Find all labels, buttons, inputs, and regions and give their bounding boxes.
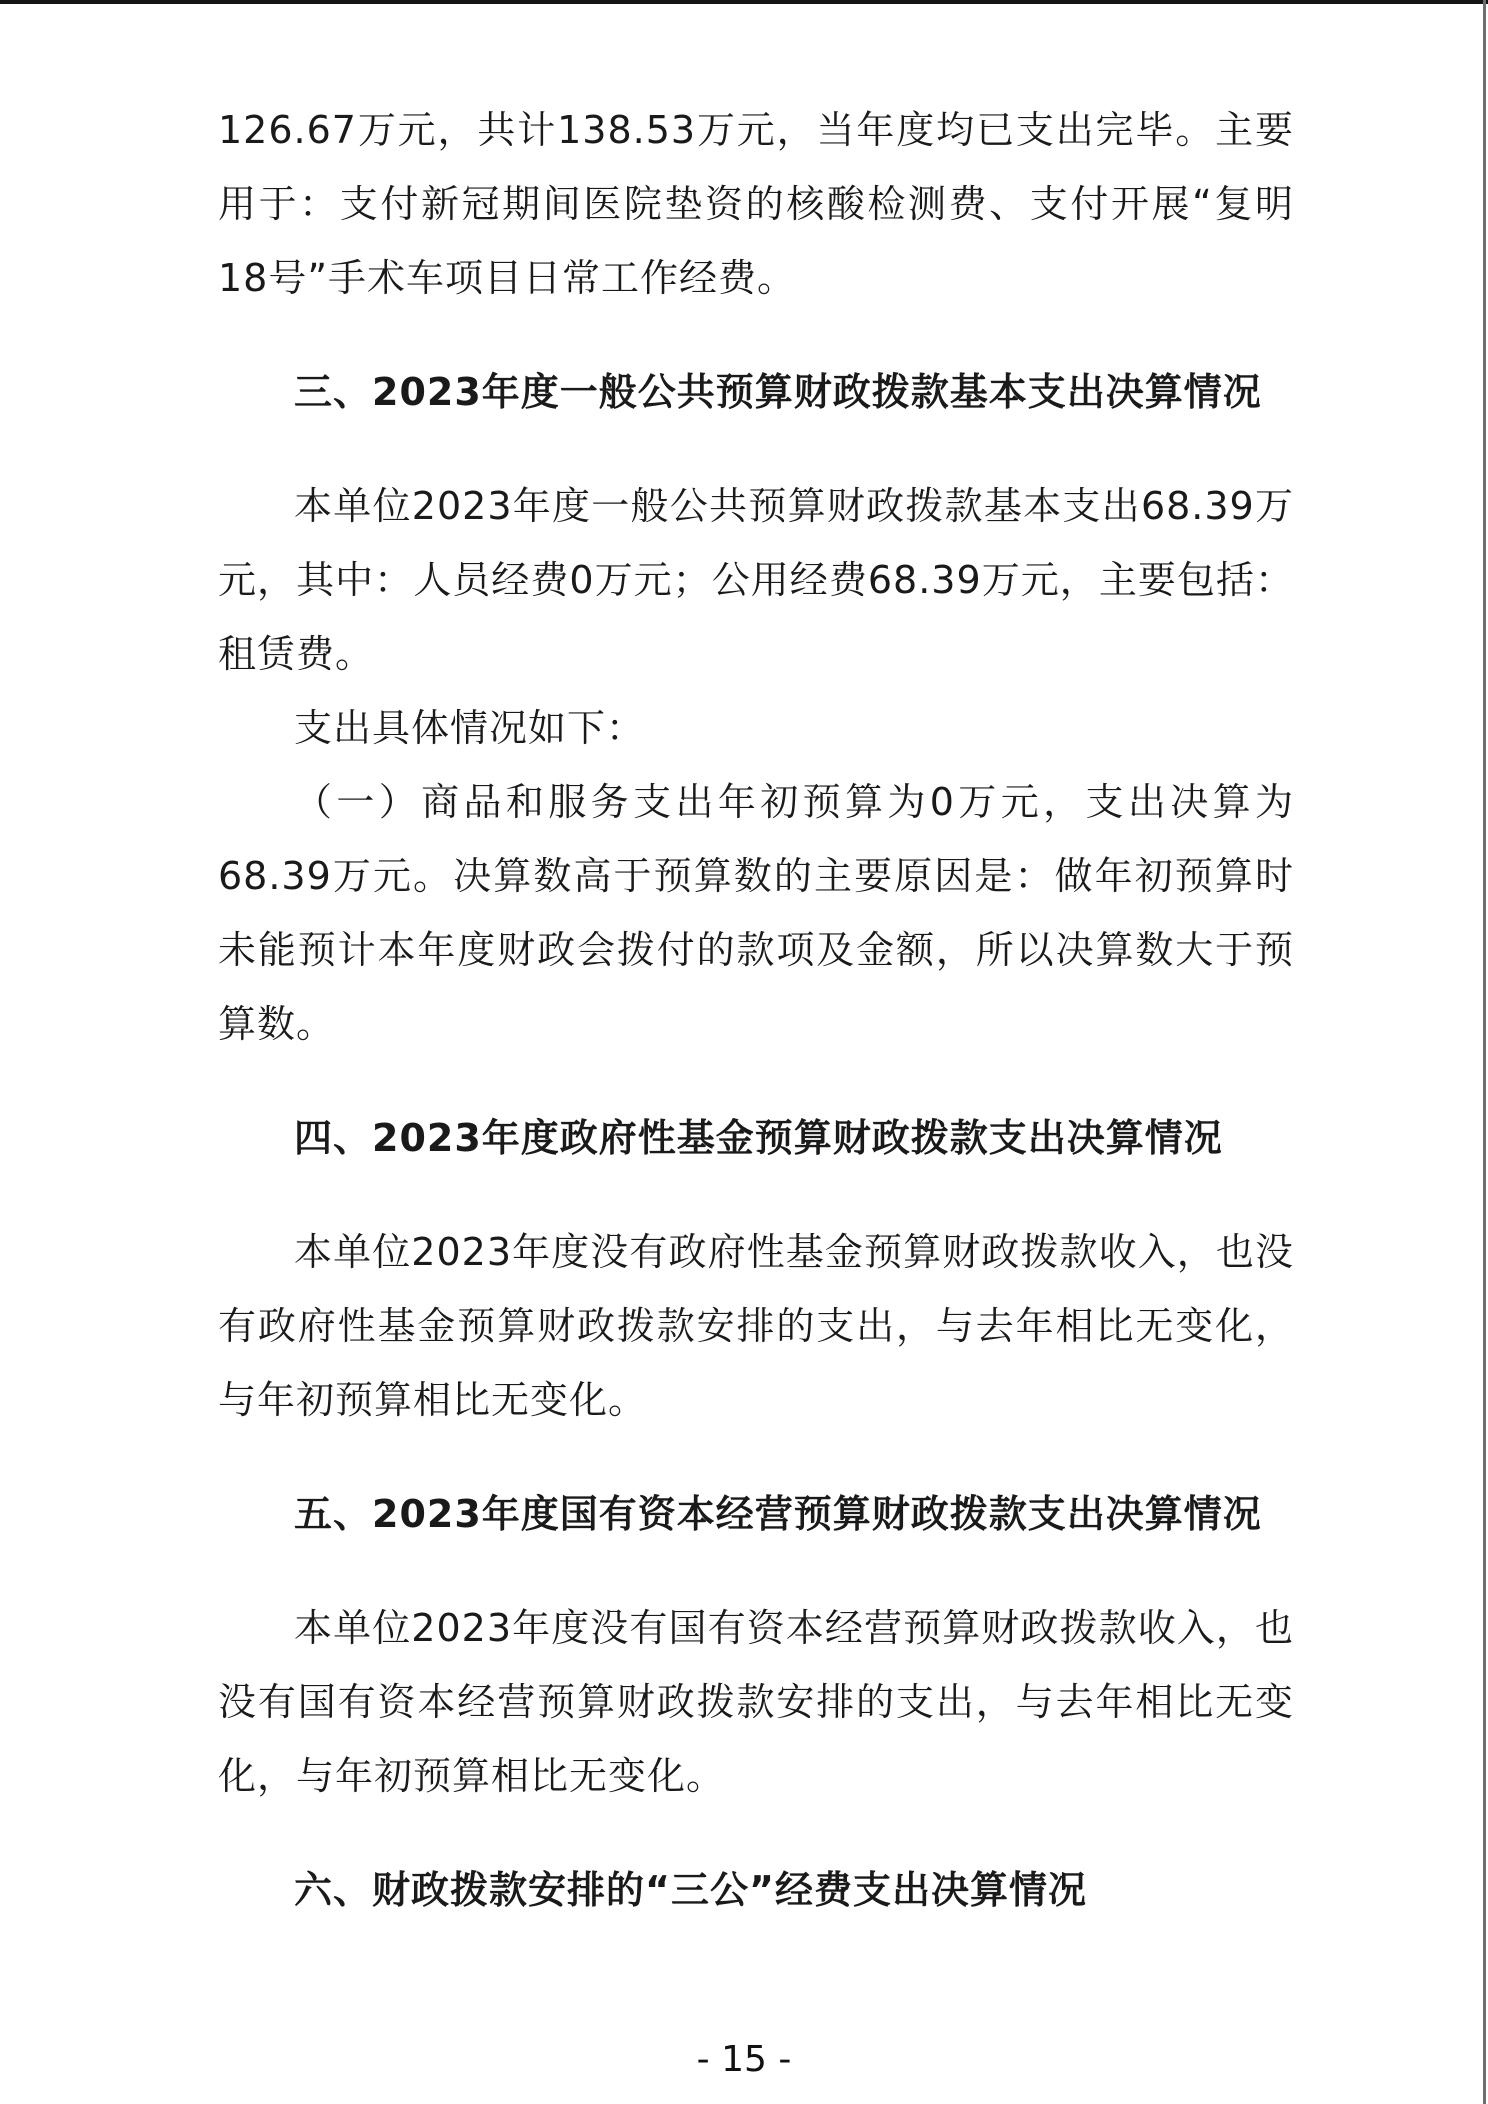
section-heading: 五、2023年度国有资本经营预算财政拨款支出决算情况 bbox=[218, 1477, 1294, 1551]
document-page: { "page": { "number_label": "- 15 -", "c… bbox=[0, 0, 1488, 2104]
body-paragraph: 本单位2023年度一般公共预算财政拨款基本支出68.39万元，其中：人员经费0万… bbox=[218, 469, 1294, 691]
section-heading: 六、财政拨款安排的“三公”经费支出决算情况 bbox=[218, 1853, 1294, 1927]
page-number: - 15 - bbox=[0, 2036, 1488, 2084]
body-paragraph: （一）商品和服务支出年初预算为0万元，支出决算为68.39万元。决算数高于预算数… bbox=[218, 765, 1294, 1061]
document-content: 126.67万元，共计138.53万元，当年度均已支出完毕。主要用于：支付新冠期… bbox=[218, 93, 1294, 1967]
body-paragraph: 本单位2023年度没有国有资本经营预算财政拨款收入，也没有国有资本经营预算财政拨… bbox=[218, 1591, 1294, 1813]
body-paragraph: 126.67万元，共计138.53万元，当年度均已支出完毕。主要用于：支付新冠期… bbox=[218, 93, 1294, 315]
section-heading: 三、2023年度一般公共预算财政拨款基本支出决算情况 bbox=[218, 355, 1294, 429]
body-paragraph: 本单位2023年度没有政府性基金预算财政拨款收入，也没有政府性基金预算财政拨款安… bbox=[218, 1215, 1294, 1437]
right-edge-line bbox=[1483, 0, 1486, 2104]
top-edge-line bbox=[0, 0, 1488, 4]
body-paragraph: 支出具体情况如下： bbox=[218, 691, 1294, 765]
section-heading: 四、2023年度政府性基金预算财政拨款支出决算情况 bbox=[218, 1101, 1294, 1175]
